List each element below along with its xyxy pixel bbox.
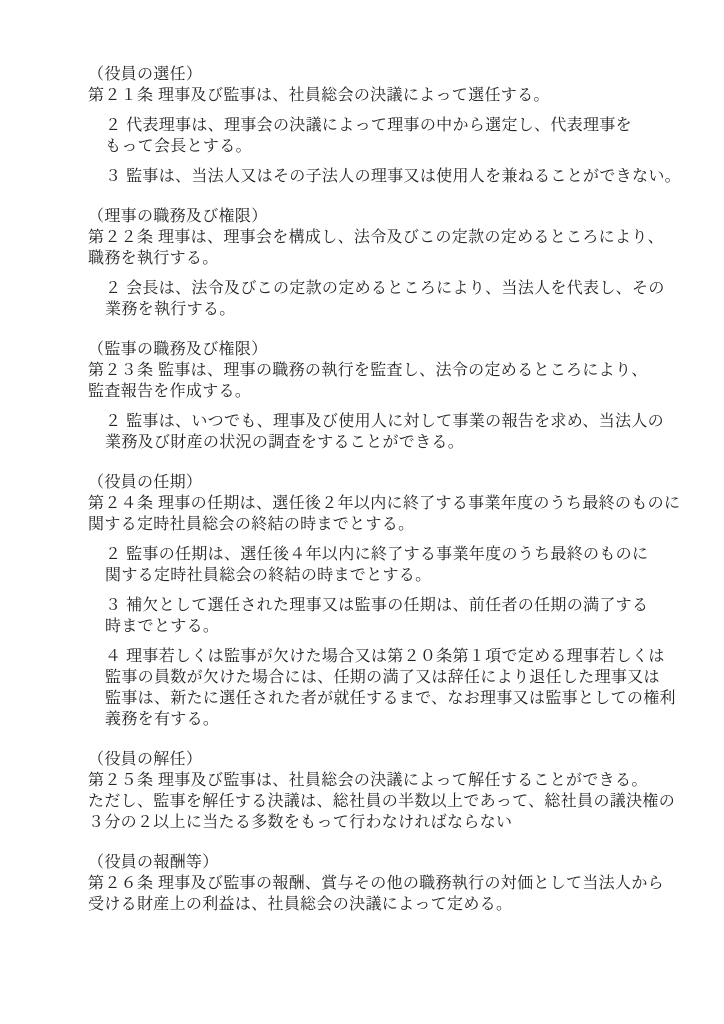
article-section-23: （監事の職務及び権限） 第２３条 監事は、理事の職務の執行を監査し、法令の定める… xyxy=(88,339,704,453)
article-paragraph: 第２３条 監事は、理事の職務の執行を監査し、法令の定めるところにより、 監査報告… xyxy=(88,360,704,402)
article-section-24: （役員の任期） 第２４条 理事の任期は、選任後２年以内に終了する事業年度のうち最… xyxy=(88,472,704,730)
sub-paragraph: ４ 理事若しくは監事が欠けた場合又は第２０条第１項で定める理事若しくは 監事の員… xyxy=(105,646,704,730)
sub-paragraph: ２ 監事の任期は、選任後４年以内に終了する事業年度のうち最終のものに 関する定時… xyxy=(105,544,704,586)
sub-paragraph: ２ 会長は、法令及びこの定款の定めるところにより、当法人を代表し、その 業務を執… xyxy=(105,278,704,320)
article-paragraph: 第２４条 理事の任期は、選任後２年以内に終了する事業年度のうち最終のものに 関す… xyxy=(88,493,704,535)
article-section-22: （理事の職務及び権限） 第２２条 理事は、理事会を構成し、法令及びこの定款の定め… xyxy=(88,206,704,320)
section-heading: （監事の職務及び権限） xyxy=(88,339,704,360)
sub-paragraph: ３ 補欠として選任された理事又は監事の任期は、前任者の任期の満了する 時までとす… xyxy=(105,595,704,637)
article-section-26: （役員の報酬等） 第２６条 理事及び監事の報酬、賞与その他の職務執行の対価として… xyxy=(88,852,704,915)
sub-paragraph: ２ 監事は、いつでも、理事及び使用人に対して事業の報告を求め、当法人の 業務及び… xyxy=(105,411,704,453)
article-paragraph: 第２６条 理事及び監事の報酬、賞与その他の職務執行の対価として当法人から 受ける… xyxy=(88,873,704,915)
sub-paragraph: ２ 代表理事は、理事会の決議によって理事の中から選定し、代表理事を もって会長と… xyxy=(105,115,704,157)
article-section-21: （役員の選任） 第２１条 理事及び監事は、社員総会の決議によって選任する。 ２ … xyxy=(88,64,704,187)
section-heading: （役員の任期） xyxy=(88,472,704,493)
article-paragraph: 第２１条 理事及び監事は、社員総会の決議によって選任する。 xyxy=(88,85,704,106)
sub-paragraph: ３ 監事は、当法人又はその子法人の理事又は使用人を兼ねることができない。 xyxy=(105,166,704,187)
section-heading: （役員の解任） xyxy=(88,749,704,770)
section-heading: （役員の選任） xyxy=(88,64,704,85)
article-paragraph: 第２５条 理事及び監事は、社員総会の決議によって解任することができる。 ただし、… xyxy=(88,770,704,833)
section-heading: （役員の報酬等） xyxy=(88,852,704,873)
article-paragraph: 第２２条 理事は、理事会を構成し、法令及びこの定款の定めるところにより、 職務を… xyxy=(88,227,704,269)
document-page: （役員の選任） 第２１条 理事及び監事は、社員総会の決議によって選任する。 ２ … xyxy=(0,0,724,1024)
section-heading: （理事の職務及び権限） xyxy=(88,206,704,227)
article-section-25: （役員の解任） 第２５条 理事及び監事は、社員総会の決議によって解任することがで… xyxy=(88,749,704,833)
